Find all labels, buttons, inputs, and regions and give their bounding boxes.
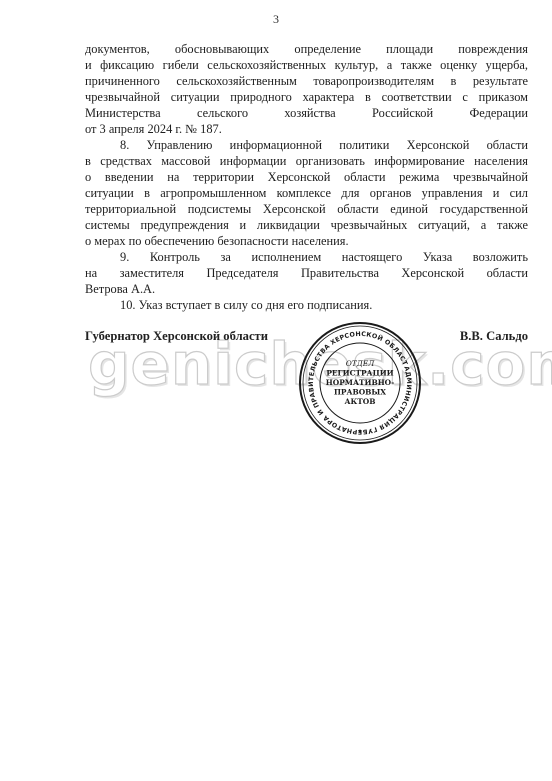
text-line: причиненного сельскохозяйственным товаро… xyxy=(85,73,528,89)
text-line: и фиксацию гибели сельскохозяйственных к… xyxy=(85,57,528,73)
document-body: документов, обосновывающих определение п… xyxy=(85,41,528,313)
text-line: от 3 апреля 2024 г. № 187. xyxy=(85,121,528,137)
text-line: ситуации в агропромышленном комплексе дл… xyxy=(85,185,528,201)
text-line: 9. Контроль за исполнением настоящего Ук… xyxy=(85,249,528,265)
text-line: документов, обосновывающих определение п… xyxy=(85,41,528,57)
text-line: Министерства сельского хозяйства Российс… xyxy=(85,105,528,121)
text-line: о мерах по обеспечению безопасности насе… xyxy=(85,233,528,249)
text-line: 10. Указ вступает в силу со дня его подп… xyxy=(85,297,528,313)
text-line: в средствах массовой информации организо… xyxy=(85,153,528,169)
signatory-title: Губернатор Херсонской области xyxy=(85,329,268,344)
stamp-center-line: РЕГИСТРАЦИИ xyxy=(326,369,393,378)
stamp-center-line: ОТДЕЛ xyxy=(346,359,375,368)
item-10-paragraph: 10. Указ вступает в силу со дня его подп… xyxy=(85,297,528,313)
signatory-name: В.В. Сальдо xyxy=(460,329,528,344)
continuation-paragraph: документов, обосновывающих определение п… xyxy=(85,41,528,137)
text-line: 8. Управлению информационной политики Хе… xyxy=(85,137,528,153)
page-number: 3 xyxy=(0,12,552,27)
stamp-center-line: АКТОВ xyxy=(345,397,376,406)
stamp-seal-icon: АДМИНИСТРАЦИЯ ГУБЕРНАТОРА И ПРАВИТЕЛЬСТВ… xyxy=(298,321,422,445)
stamp-center-line: НОРМАТИВНО- xyxy=(326,378,394,387)
text-line: на заместителя Председателя Правительств… xyxy=(85,265,528,281)
item-8-paragraph: 8. Управлению информационной политики Хе… xyxy=(85,137,528,249)
text-line: о введении на территории Херсонской обла… xyxy=(85,169,528,185)
text-line: Ветрова А.А. xyxy=(85,281,528,297)
official-stamp: АДМИНИСТРАЦИЯ ГУБЕРНАТОРА И ПРАВИТЕЛЬСТВ… xyxy=(298,321,422,445)
item-9-paragraph: 9. Контроль за исполнением настоящего Ук… xyxy=(85,249,528,297)
text-line: чрезвычайной ситуации природного характе… xyxy=(85,89,528,105)
stamp-center-line: ПРАВОВЫХ xyxy=(334,388,386,397)
text-line: системы предупреждения и ликвидации чрез… xyxy=(85,217,528,233)
text-line: территориальной подсистемы Херсонской об… xyxy=(85,201,528,217)
